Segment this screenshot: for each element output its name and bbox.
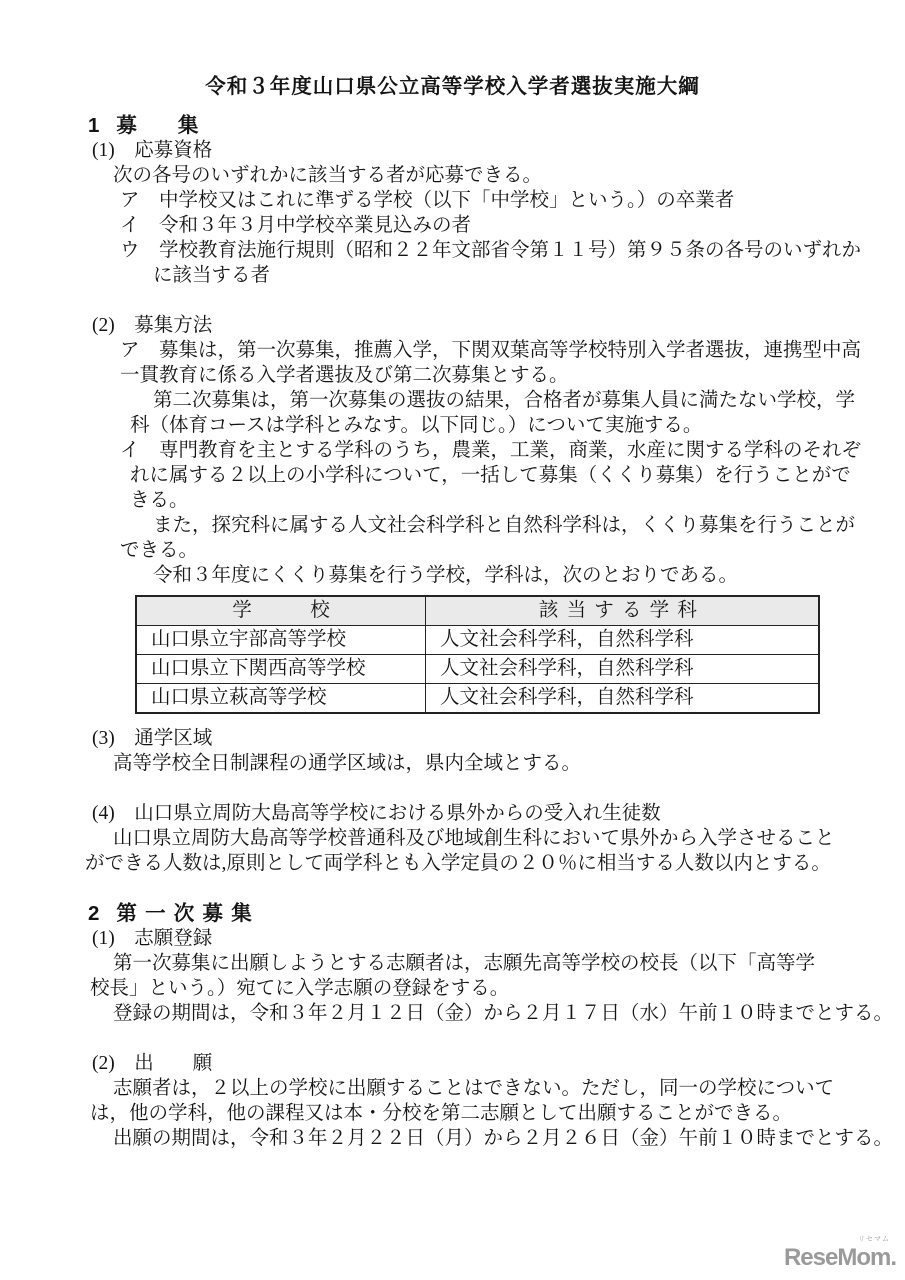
- doc-line: 第二次募集は，第一次募集の選抜の結果，合格者が募集人員に満たない学校，学: [0, 388, 905, 413]
- doc-line: (2) 出 願: [0, 1051, 905, 1076]
- doc-line: れに属する２以上の小学科について，一括して募集（くくり募集）を行うことがで: [0, 463, 905, 488]
- doc-line: ア 中学校又はこれに準ずる学校（以下「中学校」という。）の卒業者: [0, 188, 905, 213]
- section-label: 募 集: [116, 114, 198, 137]
- doc-line: イ 専門教育を主とする学科のうち，農業，工業，商業，水産に関する学科のそれぞ: [0, 438, 905, 463]
- document-title: 令和３年度山口県公立高等学校入学者選抜実施大綱: [0, 74, 905, 100]
- doc-line: ア 募集は，第一次募集，推薦入学，下関双葉高等学校特別入学者選抜，連携型中高: [0, 338, 905, 363]
- doc-line: 登録の期間は，令和３年２月１２日（金）から２月１７日（水）午前１０時までとする。: [0, 1001, 905, 1026]
- doc-line: は，他の学科，他の課程又は本・分校を第二志願として出願することができる。: [0, 1101, 905, 1126]
- table-cell: 山口県立下関西高等学校: [136, 655, 426, 684]
- table-header-cell: 学 校: [136, 596, 426, 626]
- doc-line: 高等学校全日制課程の通学区域は，県内全域とする。: [0, 751, 905, 776]
- doc-line: に該当する者: [0, 263, 905, 288]
- doc-line: (1) 応募資格: [0, 138, 905, 163]
- section-number: 1: [88, 113, 99, 138]
- doc-line: (2) 募集方法: [0, 313, 905, 338]
- doc-line: 科（体育コースは学科とみなす。以下同じ。）について実施する。: [0, 413, 905, 438]
- table-cell: 人文社会科学科，自然科学科: [426, 626, 820, 655]
- doc-line: 山口県立周防大島高等学校普通科及び地域創生科において県外から入学させること: [0, 826, 905, 851]
- resemom-wordmark: ReseMom.: [784, 1244, 896, 1272]
- table-cell: 山口県立萩高等学校: [136, 684, 426, 714]
- doc-line: きる。: [0, 488, 905, 513]
- doc-line: 校長」という。）宛てに入学志願の登録をする。: [0, 976, 905, 1001]
- kukuri-table-wrap: 学 校該当する学科山口県立宇部高等学校人文社会科学科，自然科学科山口県立下関西高…: [135, 595, 905, 714]
- doc-line: (4) 山口県立周防大島高等学校における県外からの受入れ生徒数: [0, 801, 905, 826]
- doc-line: 令和３年度にくくり募集を行う学校，学科は，次のとおりである。: [0, 563, 905, 588]
- doc-line: (1) 志願登録: [0, 926, 905, 951]
- blank-line: [0, 288, 905, 313]
- document-body: 令和３年度山口県公立高等学校入学者選抜実施大綱 1募 集(1) 応募資格次の各号…: [0, 74, 905, 1151]
- section-heading: 1募 集: [0, 113, 905, 138]
- doc-line: ウ 学校教育法施行規則（昭和２２年文部省令第１１号）第９５条の各号のいずれか: [0, 238, 905, 263]
- table-cell: 山口県立宇部高等学校: [136, 626, 426, 655]
- doc-line: 第一次募集に出願しようとする志願者は，志願先高等学校の校長（以下「高等学: [0, 951, 905, 976]
- table-header-row: 学 校該当する学科: [136, 596, 819, 626]
- doc-line: (3) 通学区域: [0, 726, 905, 751]
- doc-line: 一貫教育に係る入学者選抜及び第二次募集とする。: [0, 363, 905, 388]
- doc-line: 出願の期間は，令和３年２月２２日（月）から２月２６日（金）午前１０時までとする。: [0, 1126, 905, 1151]
- doc-line: 次の各号のいずれかに該当する者が応募できる。: [0, 163, 905, 188]
- table-row: 山口県立下関西高等学校人文社会科学科，自然科学科: [136, 655, 819, 684]
- blank-line: [0, 776, 905, 801]
- table-row: 山口県立萩高等学校人文社会科学科，自然科学科: [136, 684, 819, 714]
- doc-line: できる。: [0, 538, 905, 563]
- table-cell: 人文社会科学科，自然科学科: [426, 684, 820, 714]
- section-number: 2: [88, 901, 99, 926]
- section-heading: 2第一次募集: [0, 901, 905, 926]
- doc-line: イ 令和３年３月中学校卒業見込みの者: [0, 213, 905, 238]
- blank-line: [0, 876, 905, 901]
- section-label: 第一次募集: [116, 902, 260, 925]
- doc-line: また，探究科に属する人文社会科学科と自然科学科は，くくり募集を行うことが: [0, 513, 905, 538]
- table-cell: 人文社会科学科，自然科学科: [426, 655, 820, 684]
- doc-line: 志願者は，２以上の学校に出願することはできない。ただし，同一の学校について: [0, 1076, 905, 1101]
- kukuri-boshu-table: 学 校該当する学科山口県立宇部高等学校人文社会科学科，自然科学科山口県立下関西高…: [135, 595, 820, 714]
- resemom-logo: リセマム ReseMom.: [786, 1234, 896, 1272]
- doc-line: ができる人数は,原則として両学科とも入学定員の２０％に相当する人数以内とする。: [0, 851, 905, 876]
- blank-line: [0, 1026, 905, 1051]
- table-row: 山口県立宇部高等学校人文社会科学科，自然科学科: [136, 626, 819, 655]
- resemom-ruby-label: リセマム: [858, 1234, 890, 1244]
- table-header-cell: 該当する学科: [426, 596, 820, 626]
- document-page: 令和３年度山口県公立高等学校入学者選抜実施大綱 1募 集(1) 応募資格次の各号…: [0, 0, 905, 1280]
- document-blocks: 1募 集(1) 応募資格次の各号のいずれかに該当する者が応募できる。ア 中学校又…: [0, 113, 905, 1151]
